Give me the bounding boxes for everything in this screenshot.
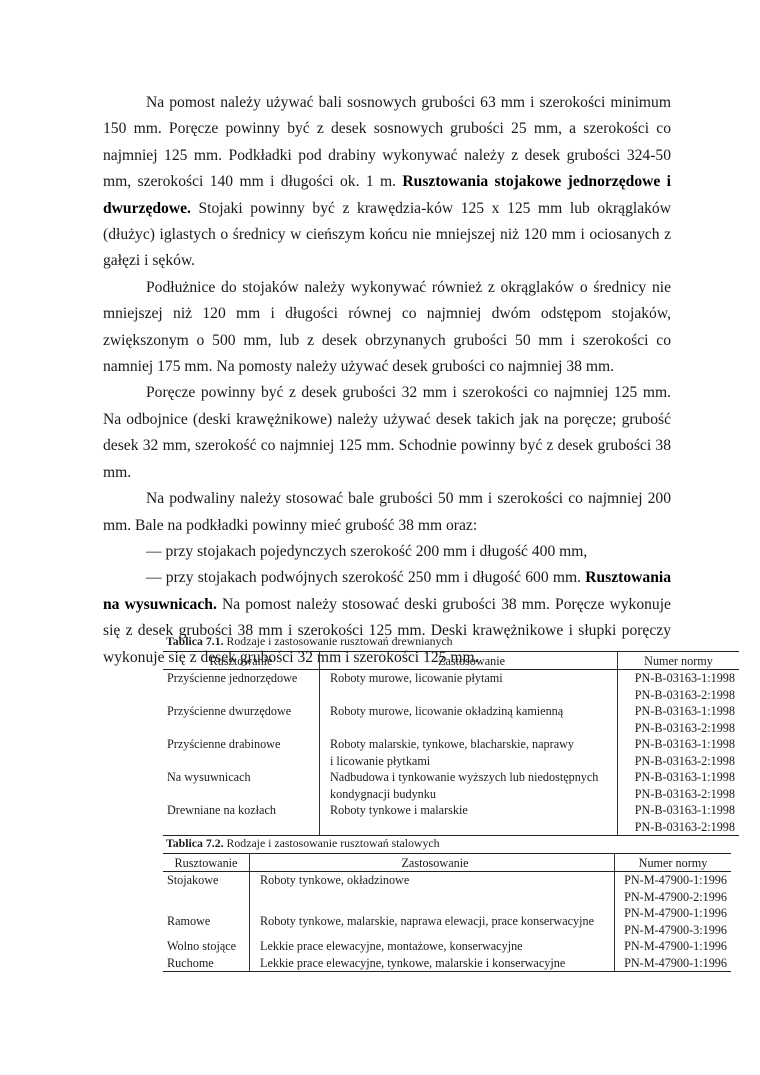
cell-application: Roboty malarskie, tynkowe, blacharskie, …	[320, 736, 618, 769]
table-row: RamoweRoboty tynkowe, malarskie, naprawa…	[163, 905, 731, 938]
table-caption: Tablica 7.2. Rodzaje i zastosowanie rusz…	[166, 836, 731, 851]
paragraph: Podłużnice do stojaków należy wykonywać …	[103, 275, 671, 381]
cell-application: Lekkie prace elewacyjne, tynkowe, malars…	[250, 955, 615, 972]
paragraph: Na podwaliny należy stosować bale gruboś…	[103, 486, 671, 539]
cell-scaffolding-type: Przyścienne jednorzędowe	[163, 670, 320, 704]
steel-scaffolding-table: Rusztowanie Zastosowanie Numer normy Sto…	[163, 853, 731, 972]
cell-scaffolding-type: Przyścienne drabinowe	[163, 736, 320, 769]
cell-application: Roboty murowe, licowanie płytami	[320, 670, 618, 704]
norm-number: PN-B-03163-2:1998	[622, 687, 735, 704]
application-line: Nadbudowa i tynkowanie wyższych lub nied…	[330, 769, 613, 786]
text-run: — przy stojakach pojedynczych szerokość …	[146, 543, 587, 560]
norm-number: PN-M-47900-1:1996	[619, 905, 727, 922]
norm-number: PN-M-47900-1:1996	[619, 872, 727, 889]
norm-number: PN-B-03163-2:1998	[622, 753, 735, 770]
table-caption: Tablica 7.1. Rodzaje i zastosowanie rusz…	[166, 634, 739, 649]
norm-number: PN-M-47900-2:1996	[619, 889, 727, 906]
norm-number: PN-B-03163-1:1998	[622, 769, 735, 786]
cell-norm-numbers: PN-M-47900-1:1996	[615, 938, 732, 955]
table-row: Przyścienne jednorzędoweRoboty murowe, l…	[163, 670, 739, 704]
table-header-row: Rusztowanie Zastosowanie Numer normy	[163, 652, 739, 670]
cell-norm-numbers: PN-B-03163-1:1998PN-B-03163-2:1998	[618, 736, 740, 769]
cell-application: Roboty tynkowe i malarskie	[320, 802, 618, 836]
cell-application: Lekkie prace elewacyjne, montażowe, kons…	[250, 938, 615, 955]
cell-norm-numbers: PN-B-03163-1:1998PN-B-03163-2:1998	[618, 703, 740, 736]
table-row: StojakoweRoboty tynkowe, okładzinowePN-M…	[163, 872, 731, 906]
document-page: Na pomost należy używać bali sosnowych g…	[0, 0, 760, 1075]
cell-norm-numbers: PN-B-03163-1:1998PN-B-03163-2:1998	[618, 670, 740, 704]
application-line: Roboty tynkowe, okładzinowe	[260, 872, 610, 889]
cell-norm-numbers: PN-M-47900-1:1996PN-M-47900-3:1996	[615, 905, 732, 938]
cell-application: Roboty tynkowe, malarskie, naprawa elewa…	[250, 905, 615, 938]
application-line: Lekkie prace elewacyjne, montażowe, kons…	[260, 938, 610, 955]
norm-number: PN-B-03163-1:1998	[622, 703, 735, 720]
table-row: Wolno stojąceLekkie prace elewacyjne, mo…	[163, 938, 731, 955]
norm-number: PN-B-03163-1:1998	[622, 736, 735, 753]
application-line: Roboty murowe, licowanie płytami	[330, 670, 613, 687]
norm-number: PN-B-03163-1:1998	[622, 802, 735, 819]
table-row: Na wysuwnicachNadbudowa i tynkowanie wyż…	[163, 769, 739, 802]
column-header-norm: Numer normy	[615, 854, 732, 872]
table-caption-label: Tablica 7.1.	[166, 634, 224, 648]
wooden-scaffolding-table: Rusztowanie Zastosowanie Numer normy Prz…	[163, 651, 739, 836]
text-run: — przy stojakach podwójnych szerokość 25…	[146, 569, 585, 586]
table-caption-text: Rodzaje i zastosowanie rusztowań stalowy…	[224, 836, 440, 850]
cell-scaffolding-type: Wolno stojące	[163, 938, 250, 955]
cell-scaffolding-type: Drewniane na kozłach	[163, 802, 320, 836]
application-line: Roboty tynkowe, malarskie, naprawa elewa…	[260, 913, 610, 930]
body-text: Na pomost należy używać bali sosnowych g…	[103, 90, 671, 671]
table-header-row: Rusztowanie Zastosowanie Numer normy	[163, 854, 731, 872]
norm-number: PN-B-03163-2:1998	[622, 819, 735, 836]
table-row: Przyścienne dwurzędoweRoboty murowe, lic…	[163, 703, 739, 736]
column-header-norm: Numer normy	[618, 652, 740, 670]
column-header-application: Zastosowanie	[320, 652, 618, 670]
cell-norm-numbers: PN-B-03163-1:1998PN-B-03163-2:1998	[618, 769, 740, 802]
cell-norm-numbers: PN-B-03163-1:1998PN-B-03163-2:1998	[618, 802, 740, 836]
norm-number: PN-B-03163-2:1998	[622, 720, 735, 737]
paragraph: Poręcze powinny być z desek grubości 32 …	[103, 380, 671, 486]
paragraph: Na pomost należy używać bali sosnowych g…	[103, 90, 671, 275]
norm-number: PN-M-47900-1:1996	[619, 955, 727, 972]
cell-norm-numbers: PN-M-47900-1:1996PN-M-47900-2:1996	[615, 872, 732, 906]
table-7-2: Tablica 7.2. Rodzaje i zastosowanie rusz…	[163, 836, 731, 972]
norm-number: PN-B-03163-1:1998	[622, 670, 735, 687]
text-run: Na podwaliny należy stosować bale gruboś…	[103, 490, 671, 533]
table-row: Przyścienne drabinoweRoboty malarskie, t…	[163, 736, 739, 769]
text-run: Poręcze powinny być z desek grubości 32 …	[103, 384, 671, 480]
table-caption-label: Tablica 7.2.	[166, 836, 224, 850]
table-row: RuchomeLekkie prace elewacyjne, tynkowe,…	[163, 955, 731, 972]
column-header-scaffolding: Rusztowanie	[163, 652, 320, 670]
column-header-scaffolding: Rusztowanie	[163, 854, 250, 872]
cell-scaffolding-type: Stojakowe	[163, 872, 250, 906]
list-dash-item: — przy stojakach pojedynczych szerokość …	[103, 539, 671, 565]
cell-scaffolding-type: Ruchome	[163, 955, 250, 972]
application-line: Roboty murowe, licowanie okładziną kamie…	[330, 703, 613, 720]
application-line: i licowanie płytkami	[330, 753, 613, 770]
norm-number: PN-M-47900-3:1996	[619, 922, 727, 939]
cell-application: Roboty murowe, licowanie okładziną kamie…	[320, 703, 618, 736]
norm-number: PN-B-03163-2:1998	[622, 786, 735, 803]
cell-scaffolding-type: Ramowe	[163, 905, 250, 938]
table-row: Drewniane na kozłachRoboty tynkowe i mal…	[163, 802, 739, 836]
column-header-application: Zastosowanie	[250, 854, 615, 872]
cell-scaffolding-type: Na wysuwnicach	[163, 769, 320, 802]
cell-norm-numbers: PN-M-47900-1:1996	[615, 955, 732, 972]
norm-number: PN-M-47900-1:1996	[619, 938, 727, 955]
cell-application: Roboty tynkowe, okładzinowe	[250, 872, 615, 906]
application-line: kondygnacji budynku	[330, 786, 613, 803]
text-run: Podłużnice do stojaków należy wykonywać …	[103, 279, 671, 375]
table-7-1: Tablica 7.1. Rodzaje i zastosowanie rusz…	[163, 634, 739, 836]
cell-scaffolding-type: Przyścienne dwurzędowe	[163, 703, 320, 736]
application-line: Roboty tynkowe i malarskie	[330, 802, 613, 819]
table-caption-text: Rodzaje i zastosowanie rusztowań drewnia…	[224, 634, 453, 648]
application-line: Lekkie prace elewacyjne, tynkowe, malars…	[260, 955, 610, 972]
application-line: Roboty malarskie, tynkowe, blacharskie, …	[330, 736, 613, 753]
cell-application: Nadbudowa i tynkowanie wyższych lub nied…	[320, 769, 618, 802]
